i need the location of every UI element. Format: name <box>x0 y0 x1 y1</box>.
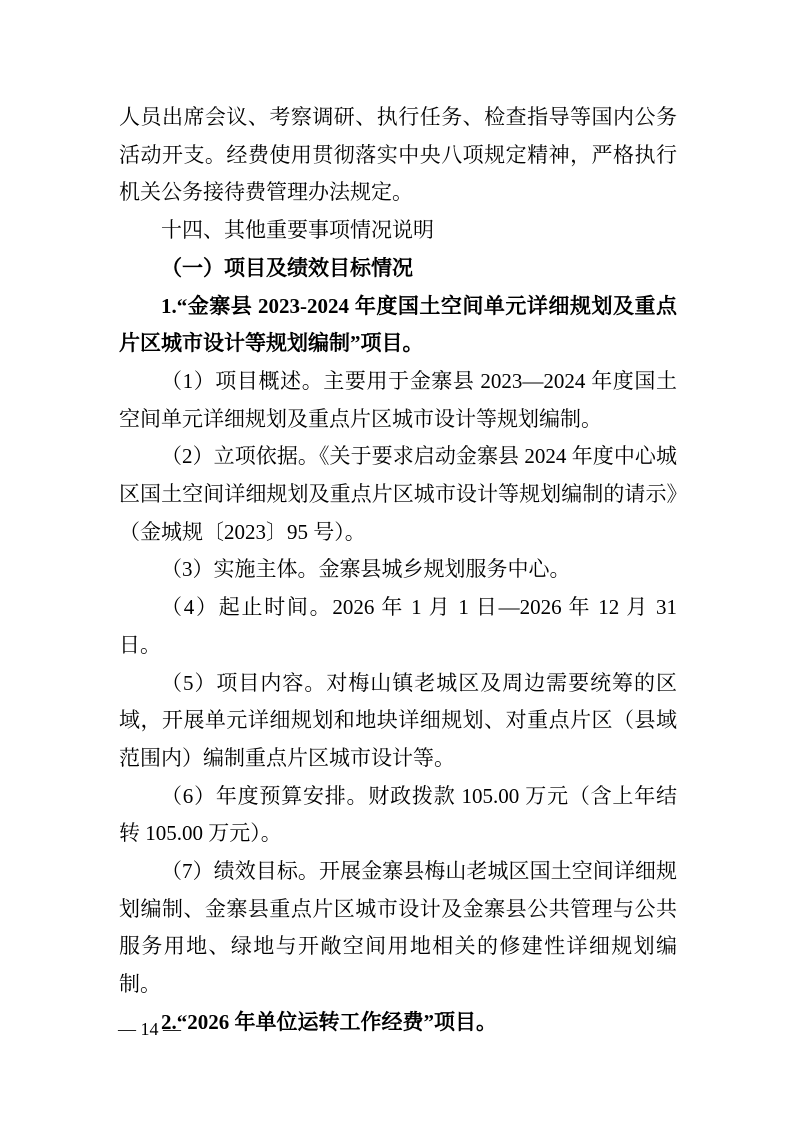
subsection-heading-project-performance-goals: （一）项目及绩效目标情况 <box>119 250 677 288</box>
project-1-overview-paragraph: （1）项目概述。主要用于金寨县 2023—2024 年度国土空间单元详细规划及重… <box>119 363 677 438</box>
document-page: 人员出席会议、考察调研、执行任务、检查指导等国内公务活动开支。经费使用贯彻落实中… <box>0 0 793 1122</box>
project-1-content-paragraph: （5）项目内容。对梅山镇老城区及周边需要统筹的区域，开展单元详细规划和地块详细规… <box>119 665 677 778</box>
project-1-implementer-paragraph: （3）实施主体。金寨县城乡规划服务中心。 <box>119 551 677 589</box>
project-1-timeline-paragraph: （4）起止时间。2026 年 1 月 1 日—2026 年 12 月 31 日。 <box>119 589 677 664</box>
project-1-basis-paragraph: （2）立项依据。《关于要求启动金寨县 2024 年度中心城区国土空间详细规划及重… <box>119 438 677 551</box>
project-1-heading: 1.“金寨县 2023-2024 年度国土空间单元详细规划及重点片区城市设计等规… <box>119 288 677 363</box>
page-number: — 14 — <box>118 1015 181 1043</box>
project-1-budget-paragraph: （6）年度预算安排。财政拨款 105.00 万元（含上年结转 105.00 万元… <box>119 778 677 853</box>
document-body: 人员出席会议、考察调研、执行任务、检查指导等国内公务活动开支。经费使用贯彻落实中… <box>119 99 677 1042</box>
section-heading-other-important-matters: 十四、其他重要事项情况说明 <box>119 212 677 250</box>
body-paragraph-continuation: 人员出席会议、考察调研、执行任务、检查指导等国内公务活动开支。经费使用贯彻落实中… <box>119 99 677 212</box>
project-1-performance-goal-paragraph: （7）绩效目标。开展金寨县梅山老城区国土空间详细规划编制、金寨县重点片区城市设计… <box>119 853 677 1004</box>
project-2-heading: 2.“2026 年单位运转工作经费”项目。 <box>119 1004 677 1042</box>
